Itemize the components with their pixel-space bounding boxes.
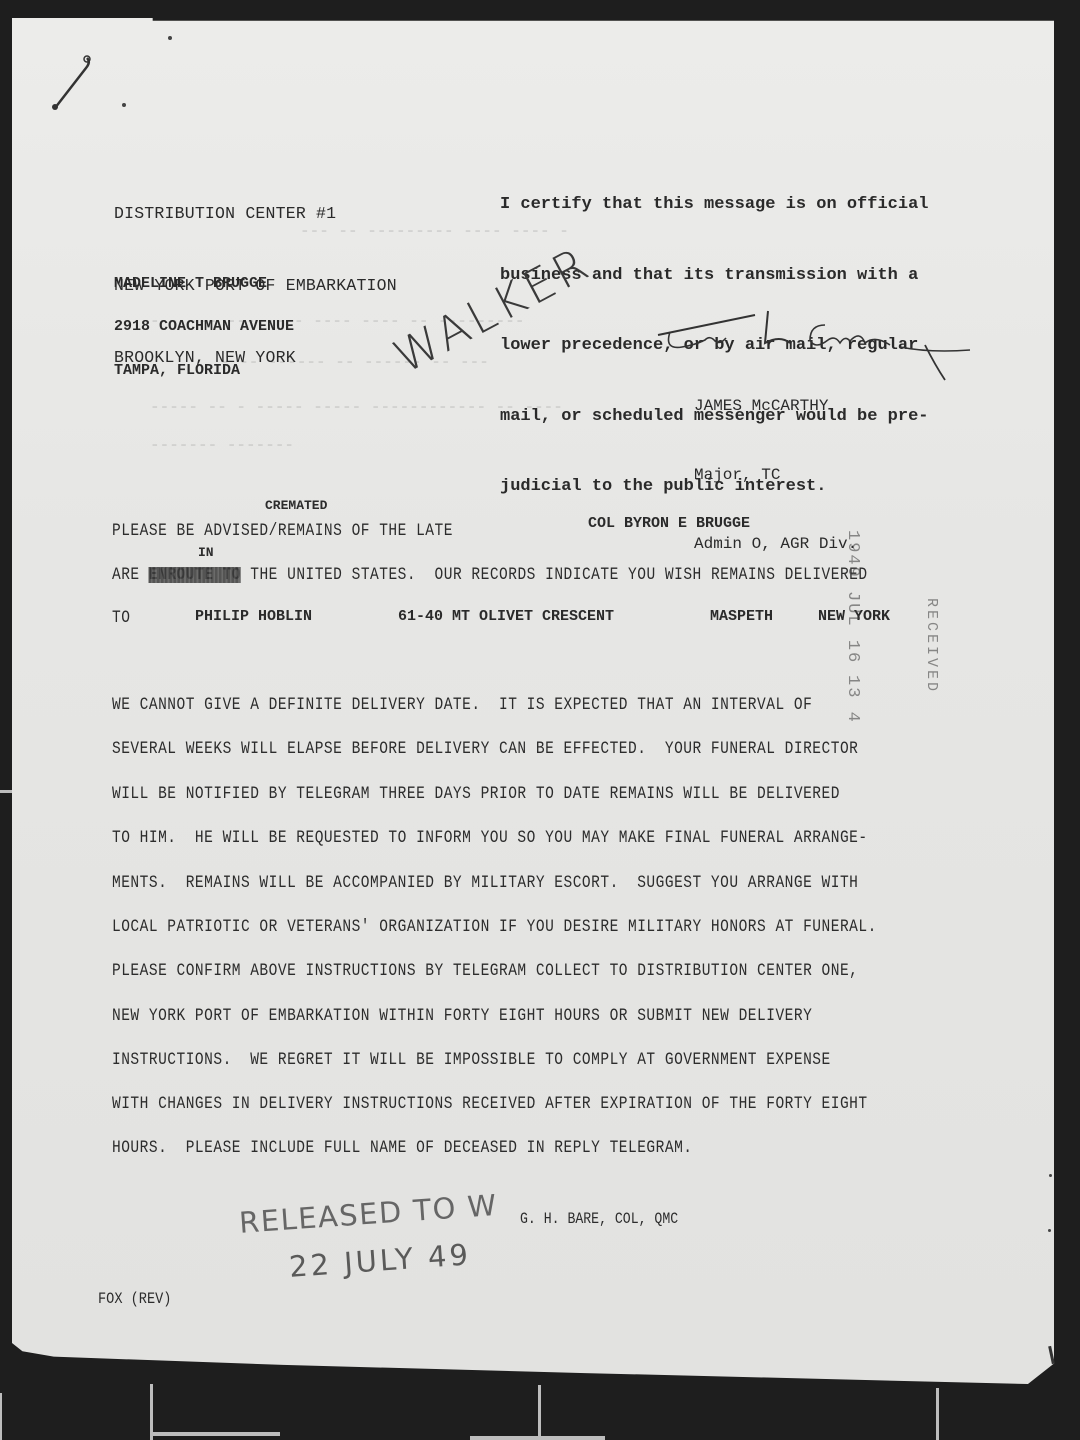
- paragraph-line: MENTS. REMAINS WILL BE ACCOMPANIED BY MI…: [112, 873, 858, 893]
- recipient-city: TAMPA, FLORIDA: [114, 361, 240, 381]
- received-date-stamp: 1949 JUL 16: [843, 530, 862, 664]
- certification-line: I certify that this message is on offici…: [500, 193, 928, 217]
- paragraph-line: TO HIM. HE WILL BE REQUESTED TO INFORM Y…: [112, 828, 868, 848]
- deceased-name: COL BYRON E BRUGGE: [588, 515, 750, 532]
- paragraph-line: INSTRUCTIONS. WE REGRET IT WILL BE IMPOS…: [112, 1050, 831, 1070]
- received-time-stamp: 13 4: [843, 675, 862, 724]
- paragraph-line: HOURS. PLEASE INCLUDE FULL NAME OF DECEA…: [112, 1138, 693, 1158]
- paper-speck: [1049, 1174, 1052, 1177]
- paragraph-line: WE CANNOT GIVE A DEFINITE DELIVERY DATE.…: [112, 695, 812, 715]
- insert-in: IN: [198, 545, 214, 560]
- struck-out-text: ENROUTE TO: [149, 565, 241, 585]
- tile-grout: [936, 1388, 939, 1440]
- status-text: THE UNITED STATES. OUR RECORDS INDICATE …: [241, 565, 868, 585]
- tile-grout: [0, 790, 12, 793]
- bleed-through-text: ------- -------: [150, 436, 294, 454]
- delivery-city: MASPETH: [710, 608, 773, 625]
- paragraph-line: WILL BE NOTIFIED BY TELEGRAM THREE DAYS …: [112, 784, 840, 804]
- body-line-status: ARE ENROUTE TO THE UNITED STATES. OUR RE…: [112, 565, 868, 585]
- paragraph-line: WITH CHANGES IN DELIVERY INSTRUCTIONS RE…: [112, 1094, 868, 1114]
- paragraph-line: SEVERAL WEEKS WILL ELAPSE BEFORE DELIVER…: [112, 739, 858, 759]
- margin-pen-mark-icon: [45, 50, 95, 115]
- closing-signature: G. H. BARE, COL, QMC: [520, 1210, 678, 1228]
- signatory-office: Admin O, AGR Div.: [694, 533, 857, 556]
- tile-grout: [150, 1432, 280, 1436]
- paragraph-line: LOCAL PATRIOTIC OR VETERANS' ORGANIZATIO…: [112, 917, 877, 937]
- delivery-name: PHILIP HOBLIN: [195, 608, 312, 625]
- recipient-name: MADELINE T BRUGGE: [114, 274, 267, 294]
- tile-grout: [470, 1436, 605, 1440]
- tile-grout: [0, 1393, 2, 1440]
- paper-speck: [122, 103, 126, 107]
- paper-speck: [168, 36, 172, 40]
- form-identifier: FOX (REV): [98, 1290, 171, 1308]
- signatory-rank: Major, TC: [694, 464, 857, 487]
- paragraph-line: PLEASE CONFIRM ABOVE INSTRUCTIONS BY TEL…: [112, 961, 858, 981]
- sender-line: DISTRIBUTION CENTER #1: [114, 202, 397, 226]
- recipient-street: 2918 COACHMAN AVENUE: [114, 317, 294, 337]
- paragraph-line: NEW YORK PORT OF EMBARKATION WITHIN FORT…: [112, 1006, 812, 1026]
- body-line-advised: PLEASE BE ADVISED/REMAINS OF THE LATE: [112, 521, 453, 541]
- tile-grout: [538, 1385, 541, 1440]
- paper-speck: [1048, 1229, 1051, 1232]
- are-text: ARE: [112, 565, 149, 585]
- received-label-stamp: RECEIVED: [923, 598, 940, 694]
- insert-cremated: CREMATED: [265, 498, 327, 513]
- to-label: TO: [112, 608, 130, 628]
- signatory-name: JAMES McCARTHY: [694, 395, 857, 418]
- signatory-block: JAMES McCARTHY Major, TC Admin O, AGR Di…: [694, 349, 857, 579]
- delivery-street: 61-40 MT OLIVET CRESCENT: [398, 608, 614, 625]
